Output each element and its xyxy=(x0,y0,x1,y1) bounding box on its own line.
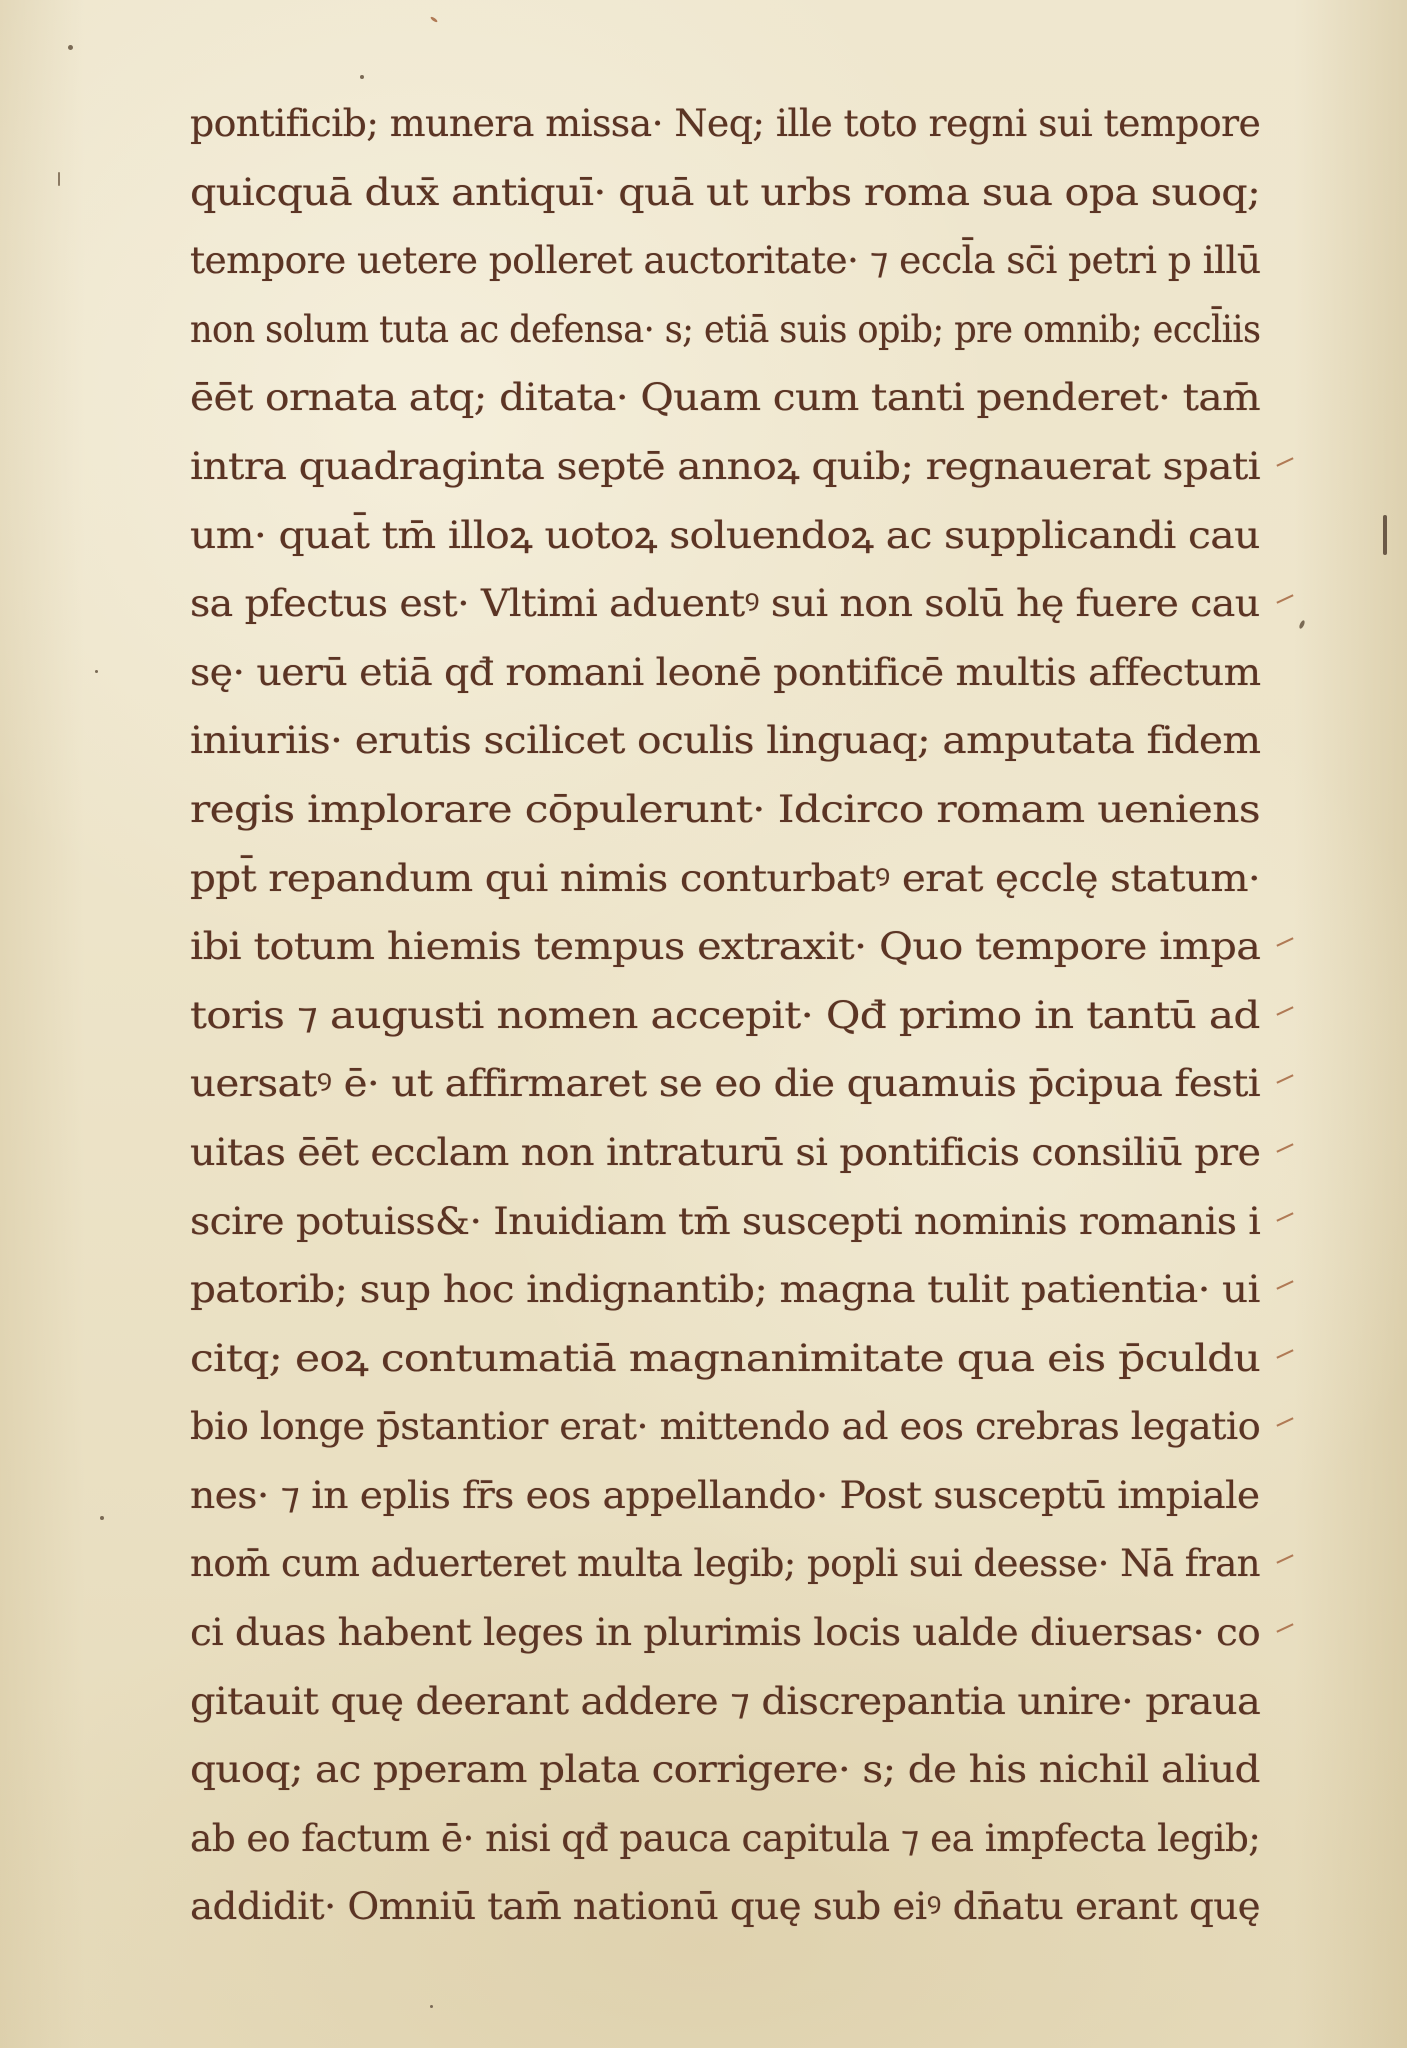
line-text: pontificib; munera missa· Neq; ille toto… xyxy=(190,90,1260,159)
text-line-16: uitas ēēt ecclam non intraturū si pontif… xyxy=(190,1119,1280,1188)
text-line-4: non solum tuta ac defensa· s; etiā suis … xyxy=(190,296,1280,365)
vellum-speck xyxy=(1298,620,1305,630)
vellum-speck xyxy=(100,1516,104,1520)
text-line-24: gitauit quę deerant addere ⁊ discrepanti… xyxy=(190,1668,1280,1737)
hyphen-mark xyxy=(1276,1075,1293,1084)
line-text: um· quat̄ tm̄ illoꝝ uotoꝝ soluendoꝝ ac s… xyxy=(190,502,1260,571)
text-line-22: nom̄ cum aduerteret multa legib; popli s… xyxy=(190,1530,1280,1599)
hyphen-mark xyxy=(1276,1006,1293,1015)
line-text: intra quadraginta septē annoꝝ quib; regn… xyxy=(190,433,1260,502)
line-text: non solum tuta ac defensa· s; etiā suis … xyxy=(190,296,1260,365)
hyphen-mark xyxy=(1276,1349,1293,1358)
hyphen-mark xyxy=(1276,1280,1293,1289)
vellum-speck xyxy=(95,670,98,673)
text-line-17: scire potuiss&· Inuidiam tm̄ suscepti no… xyxy=(190,1188,1280,1257)
text-line-6: intra quadraginta septē annoꝝ quib; regn… xyxy=(190,433,1280,502)
text-line-19: citq; eoꝝ contumatiā magnanimitate qua e… xyxy=(190,1325,1280,1394)
line-text: uitas ēēt ecclam non intraturū si pontif… xyxy=(190,1119,1260,1188)
line-text: regis implorare cōpulerunt· Idcirco roma… xyxy=(190,776,1260,845)
vellum-speck xyxy=(58,172,60,186)
line-text: sa pfectus est· Vltimi aduentꝰ sui non s… xyxy=(190,570,1260,639)
line-text: ibi totum hiemis tempus extraxit· Quo te… xyxy=(190,913,1260,982)
line-text: citq; eoꝝ contumatiā magnanimitate qua e… xyxy=(190,1325,1260,1394)
line-text: nes· ⁊ in eplis fr̄s eos appellando· Pos… xyxy=(190,1462,1260,1531)
text-line-10: iniuriis· erutis scilicet oculis linguaq… xyxy=(190,707,1280,776)
text-line-20: bio longe p̄stantior erat· mittendo ad e… xyxy=(190,1393,1280,1462)
text-line-23: ci duas habent leges in plurimis locis u… xyxy=(190,1599,1280,1668)
line-text: uersatꝰ ē· ut affirmaret se eo die quamu… xyxy=(190,1050,1260,1119)
text-column: pontificib; munera missa· Neq; ille toto… xyxy=(190,90,1280,1942)
line-text: ppt̄ repandum qui nimis conturbatꝰ erat … xyxy=(190,845,1260,914)
text-line-5: ēēt ornata atq; ditata· Quam cum tanti p… xyxy=(190,364,1280,433)
manuscript-page: pontificib; munera missa· Neq; ille toto… xyxy=(0,0,1407,2048)
text-line-2: quicquā dux̄ antiquī· quā ut urbs roma s… xyxy=(190,159,1280,228)
line-text: scire potuiss&· Inuidiam tm̄ suscepti no… xyxy=(190,1188,1260,1257)
text-line-25: quoq; ac pperam plata corrigere· s; de h… xyxy=(190,1736,1280,1805)
hyphen-mark xyxy=(1276,457,1293,466)
line-text: ab eo factum ē· nisi qđ pauca capitula ⁊… xyxy=(190,1805,1260,1874)
text-line-26: ab eo factum ē· nisi qđ pauca capitula ⁊… xyxy=(190,1805,1280,1874)
text-line-18: patorib; sup hoc indignantib; magna tuli… xyxy=(190,1256,1280,1325)
line-text: tempore uetere polleret auctoritate· ⁊ e… xyxy=(190,227,1260,296)
text-line-9: sę· uerū etiā qđ romani leonē pontificē … xyxy=(190,639,1280,708)
vellum-speck xyxy=(430,16,438,23)
text-line-27: addidit· Omniū tam̄ nationū quę sub eiꝰ … xyxy=(190,1873,1280,1942)
line-text: ci duas habent leges in plurimis locis u… xyxy=(190,1599,1260,1668)
line-text: nom̄ cum aduerteret multa legib; popli s… xyxy=(190,1530,1260,1599)
text-line-15: uersatꝰ ē· ut affirmaret se eo die quamu… xyxy=(190,1050,1280,1119)
text-line-8: sa pfectus est· Vltimi aduentꝰ sui non s… xyxy=(190,570,1280,639)
vellum-speck xyxy=(360,75,364,79)
line-text: addidit· Omniū tam̄ nationū quę sub eiꝰ … xyxy=(190,1873,1260,1942)
text-line-14: toris ⁊ augusti nomen accepit· Qđ primo … xyxy=(190,982,1280,1051)
line-text: gitauit quę deerant addere ⁊ discrepanti… xyxy=(190,1668,1260,1737)
line-text: patorib; sup hoc indignantib; magna tuli… xyxy=(190,1256,1260,1325)
line-text: sę· uerū etiā qđ romani leonē pontificē … xyxy=(190,639,1260,708)
text-line-13: ibi totum hiemis tempus extraxit· Quo te… xyxy=(190,913,1280,982)
line-text: quicquā dux̄ antiquī· quā ut urbs roma s… xyxy=(190,159,1260,228)
text-line-11: regis implorare cōpulerunt· Idcirco roma… xyxy=(190,776,1280,845)
line-text: ēēt ornata atq; ditata· Quam cum tanti p… xyxy=(190,364,1260,433)
line-text: bio longe p̄stantior erat· mittendo ad e… xyxy=(190,1393,1260,1462)
text-line-21: nes· ⁊ in eplis fr̄s eos appellando· Pos… xyxy=(190,1462,1280,1531)
hyphen-mark xyxy=(1276,1418,1293,1427)
vellum-speck xyxy=(430,2005,433,2008)
line-text: toris ⁊ augusti nomen accepit· Qđ primo … xyxy=(190,982,1260,1051)
vellum-speck xyxy=(68,45,73,50)
hyphen-mark xyxy=(1276,594,1293,603)
hyphen-mark xyxy=(1276,937,1293,946)
margin-mark xyxy=(1383,515,1387,555)
hyphen-mark xyxy=(1276,1555,1293,1564)
hyphen-mark xyxy=(1276,1623,1293,1632)
text-line-7: um· quat̄ tm̄ illoꝝ uotoꝝ soluendoꝝ ac s… xyxy=(190,502,1280,571)
text-line-12: ppt̄ repandum qui nimis conturbatꝰ erat … xyxy=(190,845,1280,914)
text-line-1: pontificib; munera missa· Neq; ille toto… xyxy=(190,90,1280,159)
text-line-3: tempore uetere polleret auctoritate· ⁊ e… xyxy=(190,227,1280,296)
hyphen-mark xyxy=(1276,1143,1293,1152)
line-text: iniuriis· erutis scilicet oculis linguaq… xyxy=(190,707,1260,776)
hyphen-mark xyxy=(1276,1212,1293,1221)
line-text: quoq; ac pperam plata corrigere· s; de h… xyxy=(190,1736,1260,1805)
